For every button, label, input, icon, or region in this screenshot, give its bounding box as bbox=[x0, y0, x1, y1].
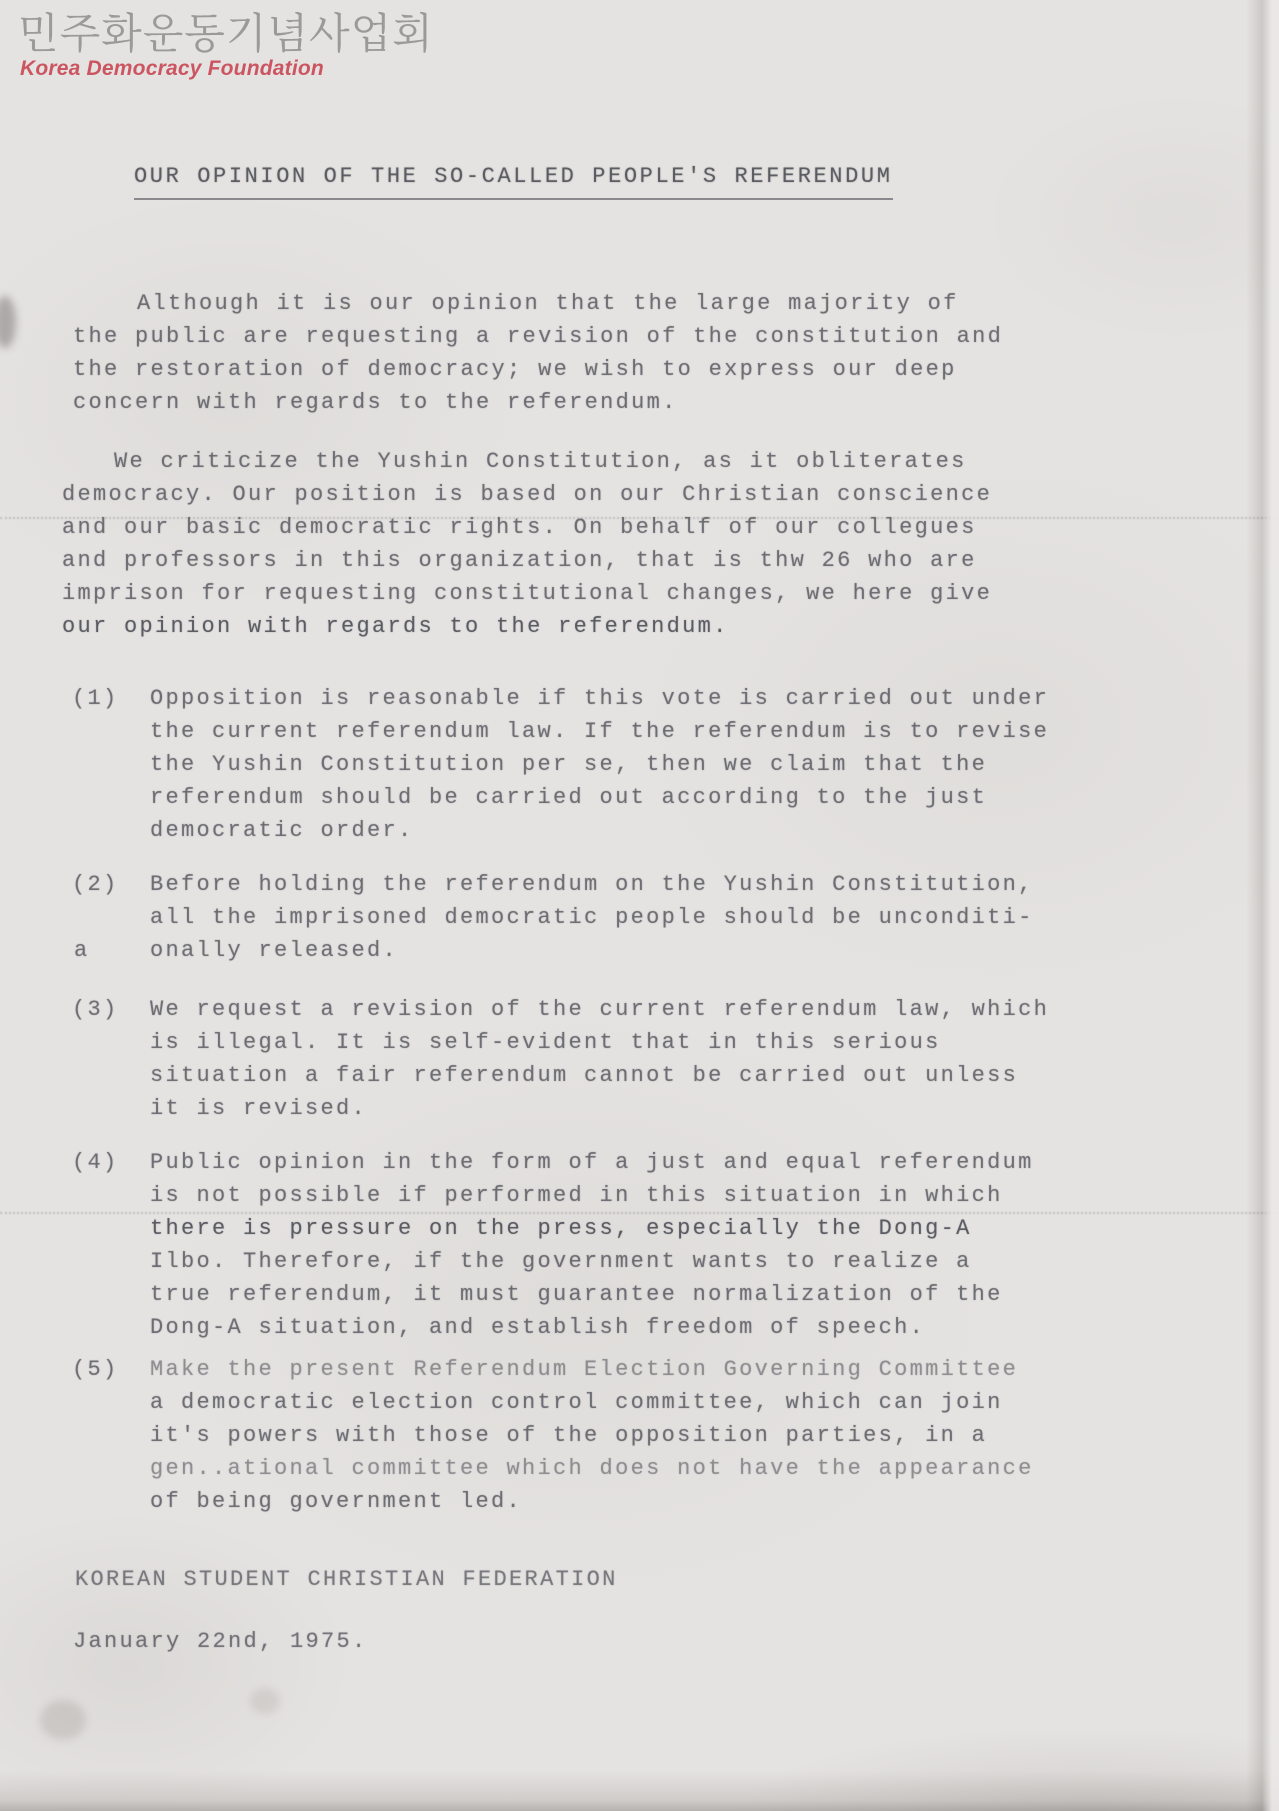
signature-organization: KOREAN STUDENT CHRISTIAN FEDERATION bbox=[75, 1563, 618, 1596]
text-line: all the imprisoned democratic people sho… bbox=[150, 901, 1034, 934]
text-line: Dong-A situation, and establish freedom … bbox=[150, 1311, 1034, 1344]
text-line: onally released. bbox=[150, 934, 1034, 967]
text-line: the Yushin Constitution per se, then we … bbox=[150, 748, 1049, 781]
list-item-5: (5) Make the present Referendum Election… bbox=[72, 1353, 1034, 1518]
text-line: We criticize the Yushin Constitution, as… bbox=[62, 445, 992, 478]
text-line: referendum should be carried out accordi… bbox=[150, 781, 1049, 814]
text-line: situation a fair referendum cannot be ca… bbox=[150, 1059, 1049, 1092]
margin-stray-character: a bbox=[74, 934, 90, 967]
text-line: Public opinion in the form of a just and… bbox=[150, 1146, 1034, 1179]
item-number: (3) bbox=[72, 993, 119, 1026]
text-line: true referendum, it must guarantee norma… bbox=[150, 1278, 1034, 1311]
item-number: (2) bbox=[72, 868, 119, 901]
document-title: OUR OPINION OF THE SO-CALLED PEOPLE'S RE… bbox=[134, 160, 893, 200]
list-item-3: (3) We request a revision of the current… bbox=[72, 993, 1049, 1125]
text-line: Opposition is reasonable if this vote is… bbox=[150, 682, 1049, 715]
text-line: the restoration of democracy; we wish to… bbox=[73, 353, 1003, 386]
scanned-document-page: 민주화운동기념사업회 Korea Democracy Foundation OU… bbox=[0, 0, 1279, 1811]
text-line: Before holding the referendum on the Yus… bbox=[150, 868, 1034, 901]
item-number: (4) bbox=[72, 1146, 119, 1179]
list-item-4: (4) Public opinion in the form of a just… bbox=[72, 1146, 1034, 1344]
text-line: the current referendum law. If the refer… bbox=[150, 715, 1049, 748]
text-line: is illegal. It is self-evident that in t… bbox=[150, 1026, 1049, 1059]
paragraph-intro: Although it is our opinion that the larg… bbox=[73, 287, 1003, 419]
text-line: gen..ational committee which does not ha… bbox=[150, 1452, 1034, 1485]
list-item-1: (1) Opposition is reasonable if this vot… bbox=[72, 682, 1049, 847]
text-line: our opinion with regards to the referend… bbox=[62, 610, 992, 643]
item-number: (1) bbox=[72, 682, 119, 715]
paper-stain bbox=[0, 296, 16, 348]
text-line: Although it is our opinion that the larg… bbox=[73, 287, 1003, 320]
item-number: (5) bbox=[72, 1353, 119, 1386]
text-line: democracy. Our position is based on our … bbox=[62, 478, 992, 511]
text-line: and our basic democratic rights. On beha… bbox=[62, 511, 992, 544]
foundation-logo-korean: 민주화운동기념사업회 bbox=[18, 10, 434, 58]
text-line: concern with regards to the referendum. bbox=[73, 386, 1003, 419]
paper-stain bbox=[250, 1688, 280, 1714]
paragraph-criticism: We criticize the Yushin Constitution, as… bbox=[62, 445, 992, 643]
text-line: We request a revision of the current ref… bbox=[150, 993, 1049, 1026]
text-line: Make the present Referendum Election Gov… bbox=[150, 1353, 1034, 1386]
document-date: January 22nd, 1975. bbox=[73, 1625, 368, 1658]
text-line: imprison for requesting constitutional c… bbox=[62, 577, 992, 610]
foundation-logo-english: Korea Democracy Foundation bbox=[20, 57, 324, 81]
paper-stain bbox=[40, 1700, 86, 1740]
text-line: there is pressure on the press, especial… bbox=[150, 1212, 1034, 1245]
text-line: Ilbo. Therefore, if the government wants… bbox=[150, 1245, 1034, 1278]
text-line: of being government led. bbox=[150, 1485, 1034, 1518]
text-line: democratic order. bbox=[150, 814, 1049, 847]
text-line: is not possible if performed in this sit… bbox=[150, 1179, 1034, 1212]
text-line: the public are requesting a revision of … bbox=[73, 320, 1003, 353]
text-line: and professors in this organization, tha… bbox=[62, 544, 992, 577]
list-item-2: (2) a Before holding the referendum on t… bbox=[72, 868, 1034, 967]
text-line: a democratic election control committee,… bbox=[150, 1386, 1034, 1419]
text-line: it is revised. bbox=[150, 1092, 1049, 1125]
text-line: it's powers with those of the opposition… bbox=[150, 1419, 1034, 1452]
